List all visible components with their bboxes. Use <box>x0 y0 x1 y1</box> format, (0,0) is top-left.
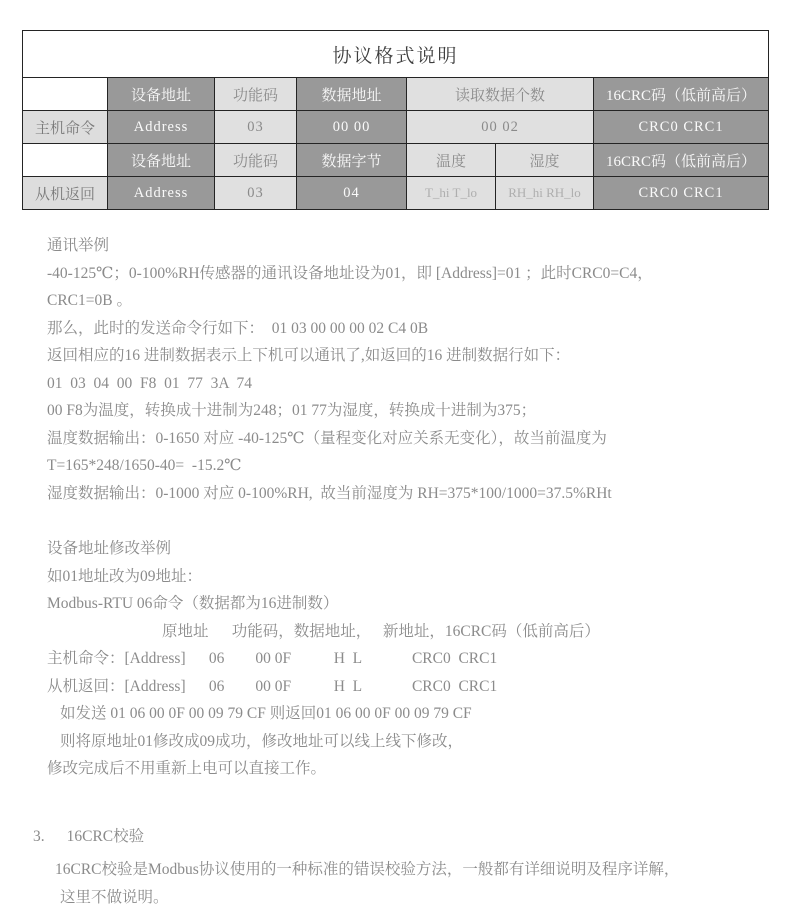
response-row-temperature: T_hi T_lo <box>407 177 496 210</box>
request-header-row: 设备地址 功能码 数据地址 读取数据个数 16CRC码（低前高后） <box>23 78 769 111</box>
response-header-device-address: 设备地址 <box>108 144 215 177</box>
text-line: 如01地址改为09地址： <box>47 563 790 591</box>
text-line: -40-125℃；0-100%RH传感器的通讯设备地址设为01，即 [Addre… <box>47 260 790 288</box>
text-line: 修改完成后不用重新上电可以直接工作。 <box>47 755 790 783</box>
text-line: 16CRC校验是Modbus协议使用的一种标准的错误校验方法，一般都有详细说明及… <box>55 856 790 884</box>
text-line: 那么，此时的发送命令行如下： 01 03 00 00 00 02 C4 0B <box>47 315 790 343</box>
comm-example-heading: 通讯举例 <box>47 232 790 260</box>
response-header-humidity: 湿度 <box>496 144 594 177</box>
response-header-data-bytes: 数据字节 <box>297 144 407 177</box>
response-row-data-bytes: 04 <box>297 177 407 210</box>
response-row-label: 从机返回 <box>23 177 108 210</box>
table-title-row: 协议格式说明 <box>23 31 769 78</box>
text-line: 从机返回：[Address] 06 00 0F H L CRC0 CRC1 <box>47 673 790 701</box>
text-line: 如发送 01 06 00 0F 00 09 79 CF 则返回01 06 00 … <box>60 700 790 728</box>
request-header-read-count: 读取数据个数 <box>407 78 594 111</box>
protocol-table: 协议格式说明 设备地址 功能码 数据地址 读取数据个数 16CRC码（低前高后）… <box>22 30 769 210</box>
crc-section-number: 3. <box>33 828 45 845</box>
text-line: 湿度数据输出：0-1000 对应 0-100%RH, 故当前湿度为 RH=375… <box>47 480 790 508</box>
response-row-device-address: Address <box>108 177 215 210</box>
response-header-row: 设备地址 功能码 数据字节 温度 湿度 16CRC码（低前高后） <box>23 144 769 177</box>
response-header-blank-cell <box>23 144 108 177</box>
addr-example-heading: 设备地址修改举例 <box>47 535 790 563</box>
response-row: 从机返回 Address 03 04 T_hi T_lo RH_hi RH_lo… <box>23 177 769 210</box>
text-line: 温度数据输出：0-1650 对应 -40-125℃（量程变化对应关系无变化），故… <box>47 425 790 453</box>
request-row-function-code: 03 <box>215 111 297 144</box>
response-row-crc: CRC0 CRC1 <box>594 177 769 210</box>
request-header-function-code: 功能码 <box>215 78 297 111</box>
body-text: 通讯举例 -40-125℃；0-100%RH传感器的通讯设备地址设为01，即 [… <box>0 232 790 911</box>
text-line: Modbus-RTU 06命令（数据都为16进制数） <box>47 590 790 618</box>
request-row: 主机命令 Address 03 00 00 00 02 CRC0 CRC1 <box>23 111 769 144</box>
request-row-device-address: Address <box>108 111 215 144</box>
request-header-blank-cell <box>23 78 108 111</box>
response-row-function-code: 03 <box>215 177 297 210</box>
response-row-humidity: RH_hi RH_lo <box>496 177 594 210</box>
text-line: 这里不做说明。 <box>60 884 790 912</box>
request-row-data-address: 00 00 <box>297 111 407 144</box>
crc-section-heading: 16CRC校验 <box>67 828 145 845</box>
request-header-data-address: 数据地址 <box>297 78 407 111</box>
text-line: CRC1=0B 。 <box>47 287 790 315</box>
request-header-device-address: 设备地址 <box>108 78 215 111</box>
text-line: 00 F8为温度，转换成十进制为248；01 77为湿度，转换成十进制为375； <box>47 397 790 425</box>
text-line: T=165*248/1650-40= -15.2℃ <box>47 452 790 480</box>
text-line: 则将原地址01修改成09成功，修改地址可以线上线下修改， <box>60 728 790 756</box>
table-title: 协议格式说明 <box>23 31 769 78</box>
response-header-crc: 16CRC码（低前高后） <box>594 144 769 177</box>
request-row-crc: CRC0 CRC1 <box>594 111 769 144</box>
request-header-crc: 16CRC码（低前高后） <box>594 78 769 111</box>
request-row-label: 主机命令 <box>23 111 108 144</box>
request-row-read-count: 00 02 <box>407 111 594 144</box>
text-line: 主机命令：[Address] 06 00 0F H L CRC0 CRC1 <box>47 645 790 673</box>
text-line: 01 03 04 00 F8 01 77 3A 74 <box>47 370 790 398</box>
page: { "colors": { "table_dark_cell": "#99999… <box>0 0 790 923</box>
crc-section-heading-line: 3.16CRC校验 <box>33 823 790 851</box>
response-header-temperature: 温度 <box>407 144 496 177</box>
text-line: 返回相应的16 进制数据表示上下机可以通讯了,如返回的16 进制数据行如下： <box>47 342 790 370</box>
response-header-function-code: 功能码 <box>215 144 297 177</box>
text-line: 原地址 功能码，数据地址， 新地址，16CRC码（低前高后） <box>162 618 790 646</box>
